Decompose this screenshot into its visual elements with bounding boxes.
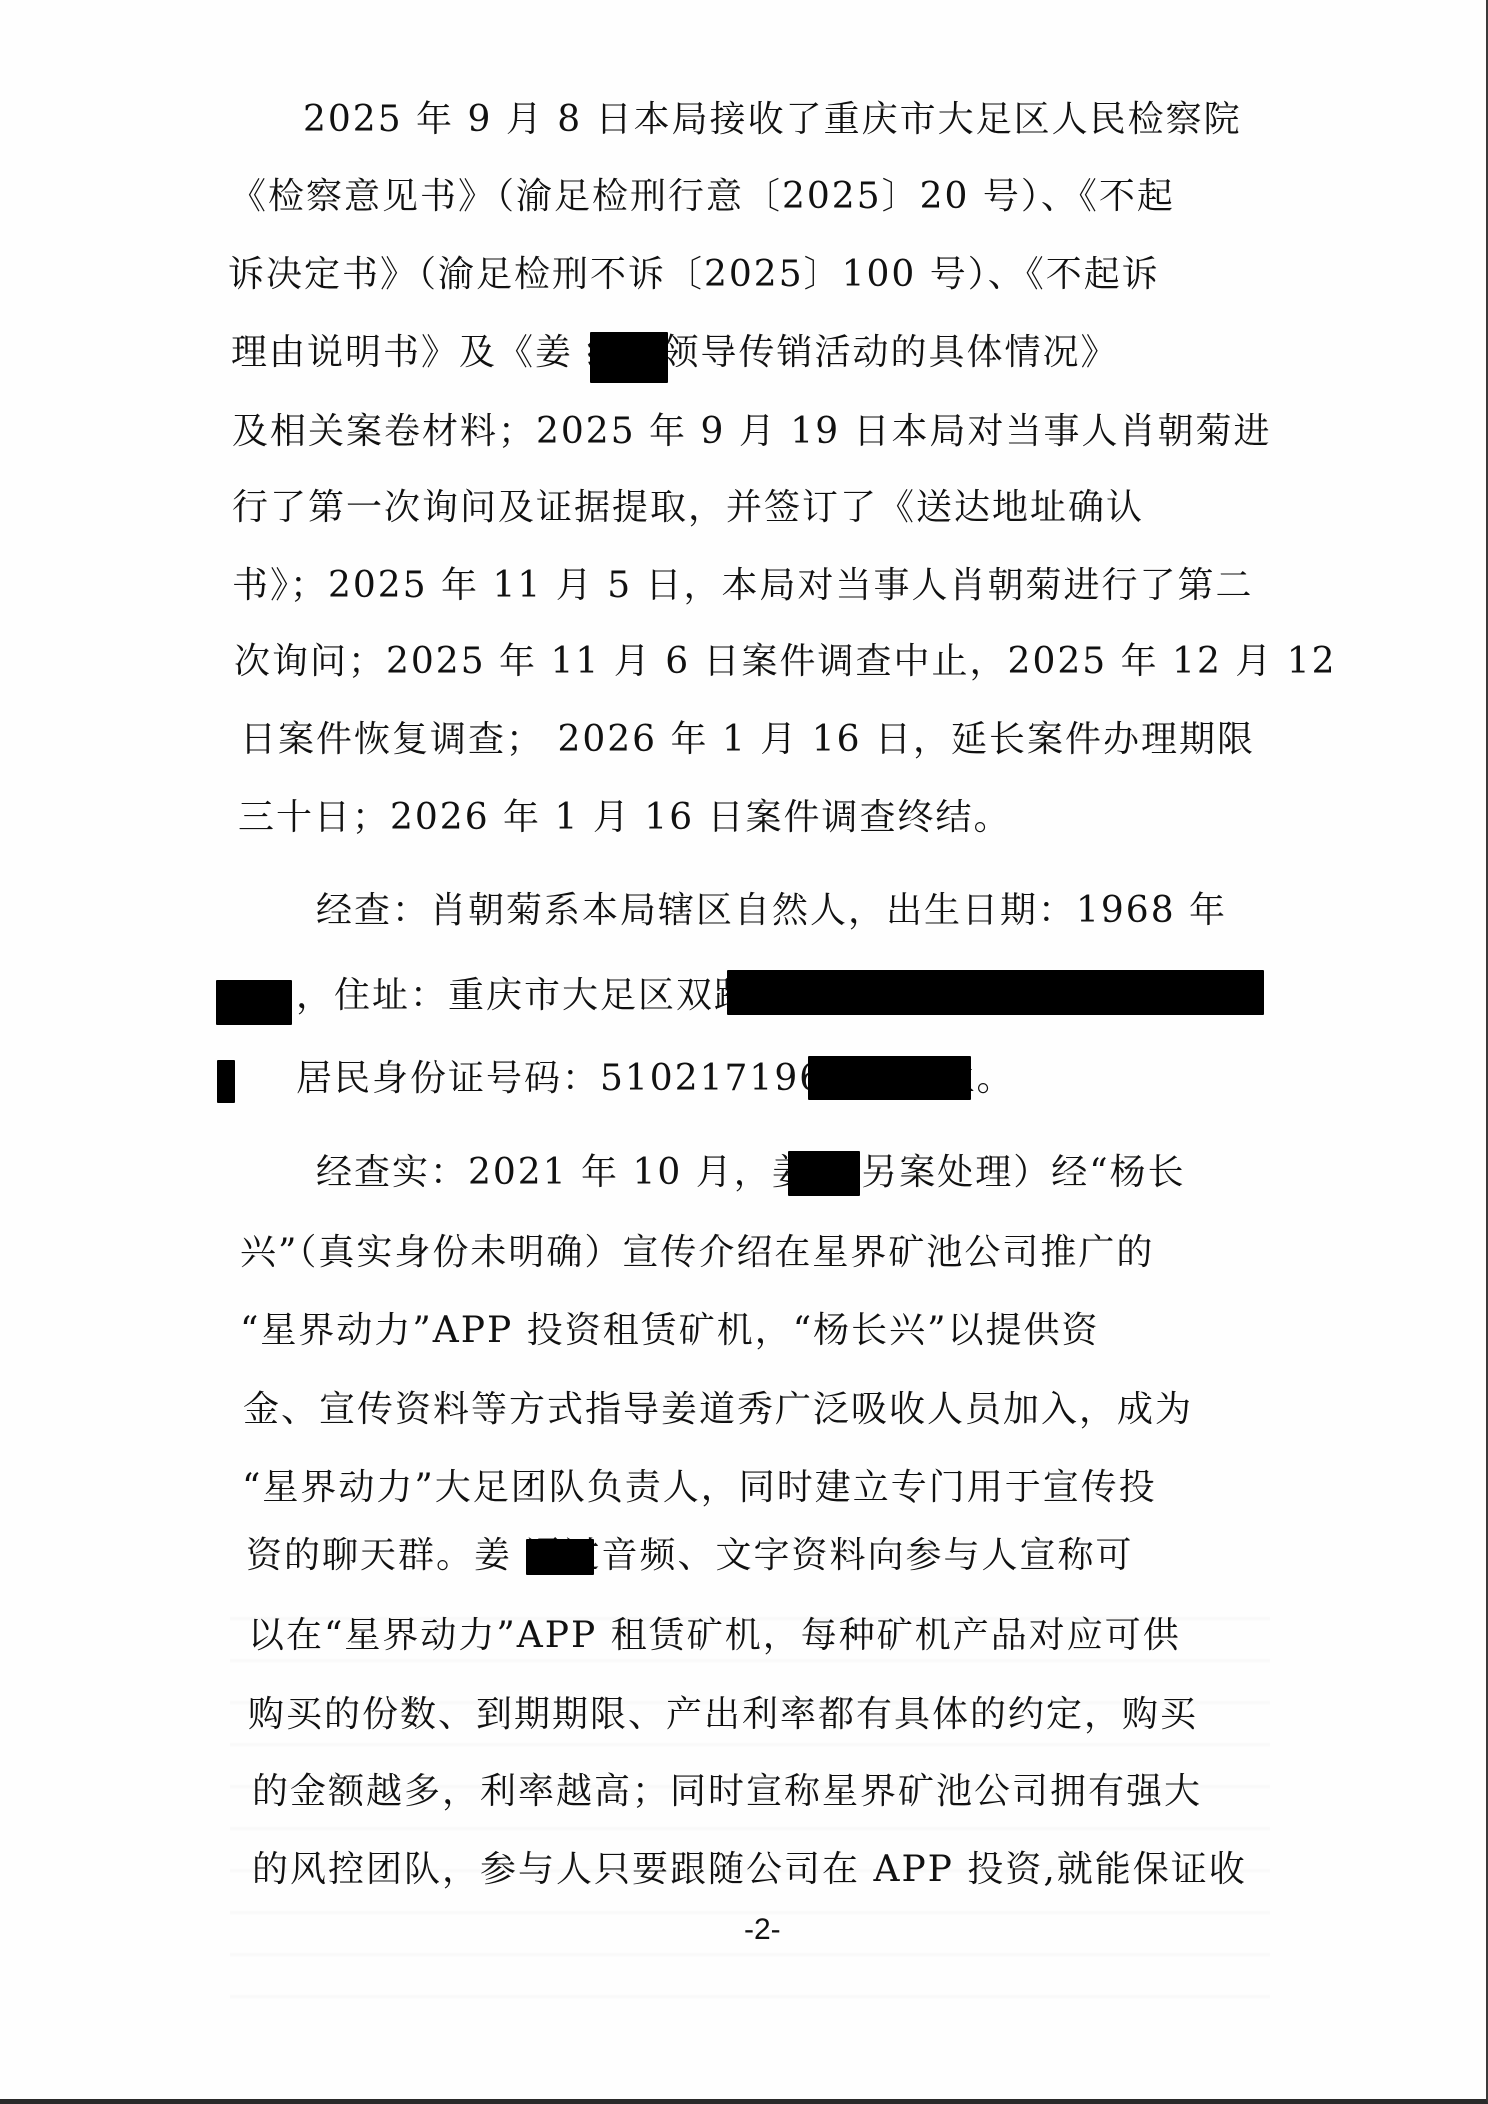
paragraph-3-line-9: 的金额越多，利率越高；同时宣称星界矿池公司拥有强大	[252, 1770, 1202, 1814]
paragraph-1-line-2: 《检察意见书》（渝足检刑行意〔2025〕20 号）、《不起	[230, 175, 1175, 219]
paragraph-3-line-1: 经查实：2021 年 10 月，姜 （另案处理）经“杨长	[316, 1151, 1186, 1195]
redaction-box-name-1	[590, 332, 668, 383]
paragraph-1-line-7: 书》；2025 年 11 月 5 日，本局对当事人肖朝菊进行了第二	[232, 564, 1254, 608]
redaction-box-birth-date	[216, 980, 292, 1025]
paragraph-2-line-1: 经查：肖朝菊系本局辖区自然人，出生日期：1968 年	[316, 889, 1227, 933]
redaction-box-name-3	[526, 1539, 594, 1575]
redaction-box-id-number	[808, 1056, 971, 1100]
paragraph-3-line-5: “星界动力”大足团队负责人，同时建立专门用于宣传投	[242, 1466, 1157, 1510]
redaction-box-address	[727, 970, 1264, 1015]
paragraph-3-line-7: 以在“星界动力”APP 租赁矿机，每种矿机产品对应可供	[248, 1614, 1181, 1658]
paragraph-1-line-8: 次询问；2025 年 11 月 6 日案件调查中止，2025 年 12 月 12	[234, 640, 1337, 684]
paragraph-3-line-2: 兴”（真实身份未明确）宣传介绍在星界矿池公司推广的	[240, 1231, 1154, 1275]
paragraph-1-line-10: 三十日；2026 年 1 月 16 日案件调查终结。	[238, 796, 1012, 840]
paragraph-1-line-9: 日案件恢复调查； 2026 年 1 月 16 日，延长案件办理期限	[240, 718, 1255, 762]
paragraph-1-line-5: 及相关案卷材料；2025 年 9 月 19 日本局对当事人肖朝菊进	[232, 410, 1272, 454]
redaction-box-address-tail	[217, 1060, 235, 1103]
paragraph-1-line-6: 行了第一次询问及证据提取，并签订了《送达地址确认	[232, 486, 1144, 530]
paragraph-3-line-8: 购买的份数、到期期限、产出利率都有具体的约定，购买	[248, 1693, 1198, 1737]
paragraph-3-line-4: 金、宣传资料等方式指导姜道秀广泛吸收人员加入，成为	[243, 1388, 1193, 1432]
paragraph-3-line-6: 资的聊天群。姜 通过音频、文字资料向参与人宣称可	[246, 1534, 1133, 1578]
page-number: -2-	[744, 1914, 781, 1946]
paragraph-1-line-4: 理由说明书》及《姜 组织领导传销活动的具体情况》	[231, 331, 1118, 375]
paragraph-1-line-1: 2025 年 9 月 8 日本局接收了重庆市大足区人民检察院	[303, 98, 1233, 142]
redaction-box-name-2	[788, 1151, 860, 1196]
scanned-document-page: 2025 年 9 月 8 日本局接收了重庆市大足区人民检察院 《检察意见书》（渝…	[0, 0, 1488, 2104]
paragraph-1-line-3: 诉决定书》（渝足检刑不诉〔2025〕100 号）、《不起诉	[228, 253, 1160, 297]
paragraph-3-line-10: 的风控团队，参与人只要跟随公司在 APP 投资,就能保证收	[252, 1848, 1247, 1892]
paragraph-3-line-3: “星界动力”APP 投资租赁矿机，“杨长兴”以提供资	[240, 1309, 1100, 1353]
